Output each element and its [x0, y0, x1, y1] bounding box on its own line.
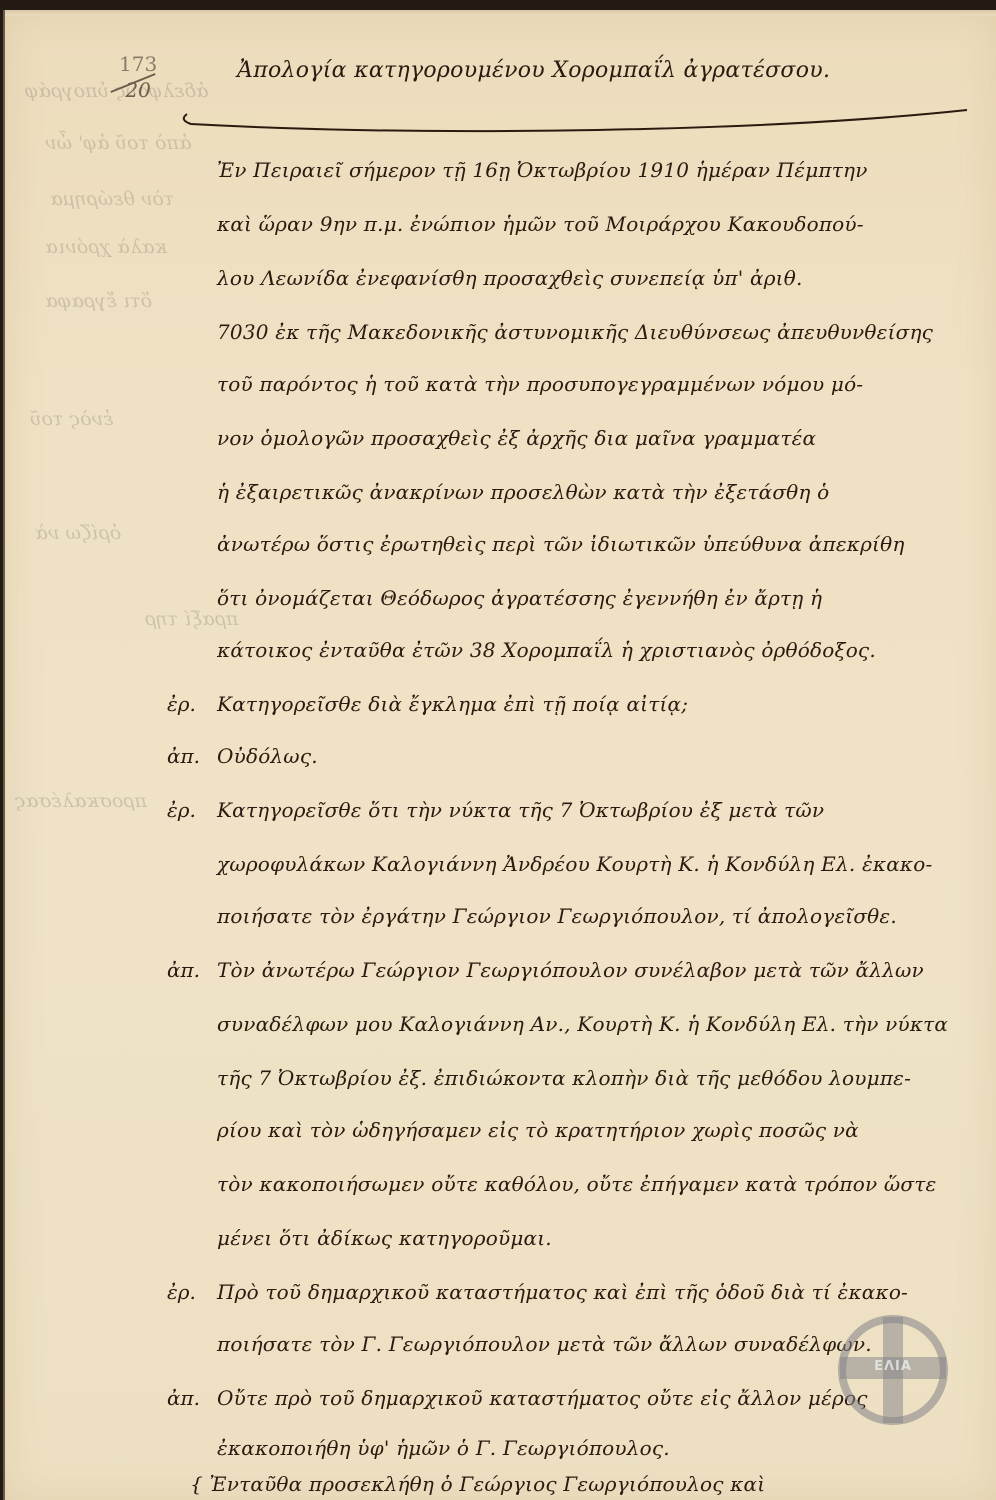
dialogue-line: Οὔτε πρὸ τοῦ δημαρχικοῦ καταστήματος οὔτ…: [217, 1386, 868, 1410]
bleed-through-text: ὁρίζω νὰ: [35, 522, 121, 544]
body-line: Ἐν Πειραιεῖ σήμερον τῇ 16ῃ Ὀκτωβρίου 191…: [217, 158, 868, 182]
speaker-label-question: ἐρ.: [167, 692, 196, 716]
body-line: τοῦ παρόντος ἡ τοῦ κατὰ τὴν προσυπογεγρα…: [217, 372, 863, 396]
speaker-label-answer: ἀπ.: [167, 958, 200, 982]
speaker-label-question: ἐρ.: [167, 798, 196, 822]
body-line: νον ὁμολογῶν προσαχθεὶς ἐξ ἀρχῆς δια μαῖ…: [217, 426, 816, 450]
bleed-through-text: προσκαλέσας: [15, 790, 147, 812]
dialogue-line: ποιήσατε τὸν ἐργάτην Γεώργιον Γεωργιόπου…: [217, 904, 897, 928]
dialogue-line: Πρὸ τοῦ δημαρχικοῦ καταστήματος καὶ ἐπὶ …: [217, 1280, 908, 1304]
bleed-through-text: τὸν θεώρημα: [50, 188, 174, 210]
dialogue-line: ρίου καὶ τὸν ὡδηγήσαμεν εἰς τὸ κρατητήρι…: [217, 1118, 859, 1142]
speaker-label-answer: ἀπ.: [167, 1386, 200, 1410]
dialogue-line: Τὸν ἀνωτέρω Γεώργιον Γεωργιόπουλον συνέλ…: [217, 958, 924, 982]
bleed-through-text: ὅτι ἔγραφα: [45, 290, 152, 312]
bleed-through-text: καλὰ χρόνια: [45, 236, 167, 258]
page-top-edge: [5, 10, 996, 16]
dialogue-line: Οὐδόλως.: [217, 744, 318, 768]
bleed-through-text: ἀδελφοὺς ὑπογράφ: [25, 80, 209, 102]
dialogue-line: μένει ὅτι ἀδίκως κατηγοροῦμαι.: [217, 1226, 552, 1250]
speaker-label-answer: ἀπ.: [167, 744, 200, 768]
dialogue-line: τῆς 7 Ὀκτωβρίου ἐξ. ἐπιδιώκοντα κλοπὴν δ…: [217, 1066, 911, 1090]
dialogue-line: Κατηγορεῖσθε ὅτι τὴν νύκτα τῆς 7 Ὀκτωβρί…: [217, 798, 824, 822]
dialogue-line: ποιήσατε τὸν Γ. Γεωργιόπουλον μετὰ τῶν ἄ…: [217, 1332, 872, 1356]
stamp-text: ΕΛΙΑ: [856, 1359, 930, 1374]
closing-line: { Ἐνταῦθα προσεκλήθη ὁ Γεώργιος Γεωργιόπ…: [190, 1472, 765, 1496]
folio-number: 173 20: [119, 54, 157, 100]
dialogue-line: συναδέλφων μου Καλογιάννη Αν., Κουρτὴ Κ.…: [217, 1012, 948, 1036]
body-line: ἡ ἐξαιρετικῶς ἀνακρίνων προσελθὼν κατὰ τ…: [217, 480, 829, 504]
bleed-through-text: ἀπὸ τοῦ ἀφ' ὧν: [45, 132, 192, 154]
dialogue-line: ἐκακοποιήθη ὑφ' ἡμῶν ὁ Γ. Γεωργιόπουλος.: [217, 1436, 670, 1460]
archive-stamp-icon: ΕΛΙΑ: [838, 1315, 948, 1425]
manuscript-page: ἀδελφοὺς ὑπογράφ ἀπὸ τοῦ ἀφ' ὧν τὸν θεώρ…: [3, 10, 996, 1500]
folio-number-bottom: 20: [119, 80, 157, 100]
scan-background: ἀδελφοὺς ὑπογράφ ἀπὸ τοῦ ἀφ' ὧν τὸν θεώρ…: [0, 0, 996, 1500]
body-line: ἀνωτέρω ὅστις ἐρωτηθεὶς περὶ τῶν ἰδιωτικ…: [217, 532, 905, 556]
document-title: Ἀπολογία κατηγορουμένου Χορομπαΐλ ἀγρατέ…: [237, 58, 830, 83]
folio-number-top: 173: [119, 54, 157, 74]
dialogue-line: τὸν κακοποιήσωμεν οὔτε καθόλου, οὔτε ἐπή…: [217, 1172, 936, 1196]
body-line: λου Λεωνίδα ἐνεφανίσθη προσαχθεὶς συνεπε…: [217, 266, 803, 290]
dialogue-line: Κατηγορεῖσθε διὰ ἔγκλημα ἐπὶ τῇ ποίᾳ αἰτ…: [217, 692, 688, 716]
speaker-label-question: ἐρ.: [167, 1280, 196, 1304]
body-line: καὶ ὥραν 9ην π.μ. ἐνώπιον ἡμῶν τοῦ Μοιρά…: [217, 212, 864, 236]
body-line: 7030 ἐκ τῆς Μακεδονικῆς ἀστυνομικῆς Διευ…: [217, 320, 933, 344]
dialogue-line: χωροφυλάκων Καλογιάννη Ἀνδρέου Κουρτὴ Κ.…: [217, 852, 932, 876]
title-underline: [177, 106, 977, 136]
bleed-through-text: πραξί τηρ: [145, 608, 239, 630]
bleed-through-text: ἑνὸς τοῦ: [30, 408, 113, 430]
body-line: κάτοικος ἐνταῦθα ἐτῶν 38 Χορομπαΐλ ἡ χρι…: [217, 638, 876, 662]
body-line: ὅτι ὀνομάζεται Θεόδωρος ἀγρατέσσης ἐγενν…: [217, 586, 822, 610]
